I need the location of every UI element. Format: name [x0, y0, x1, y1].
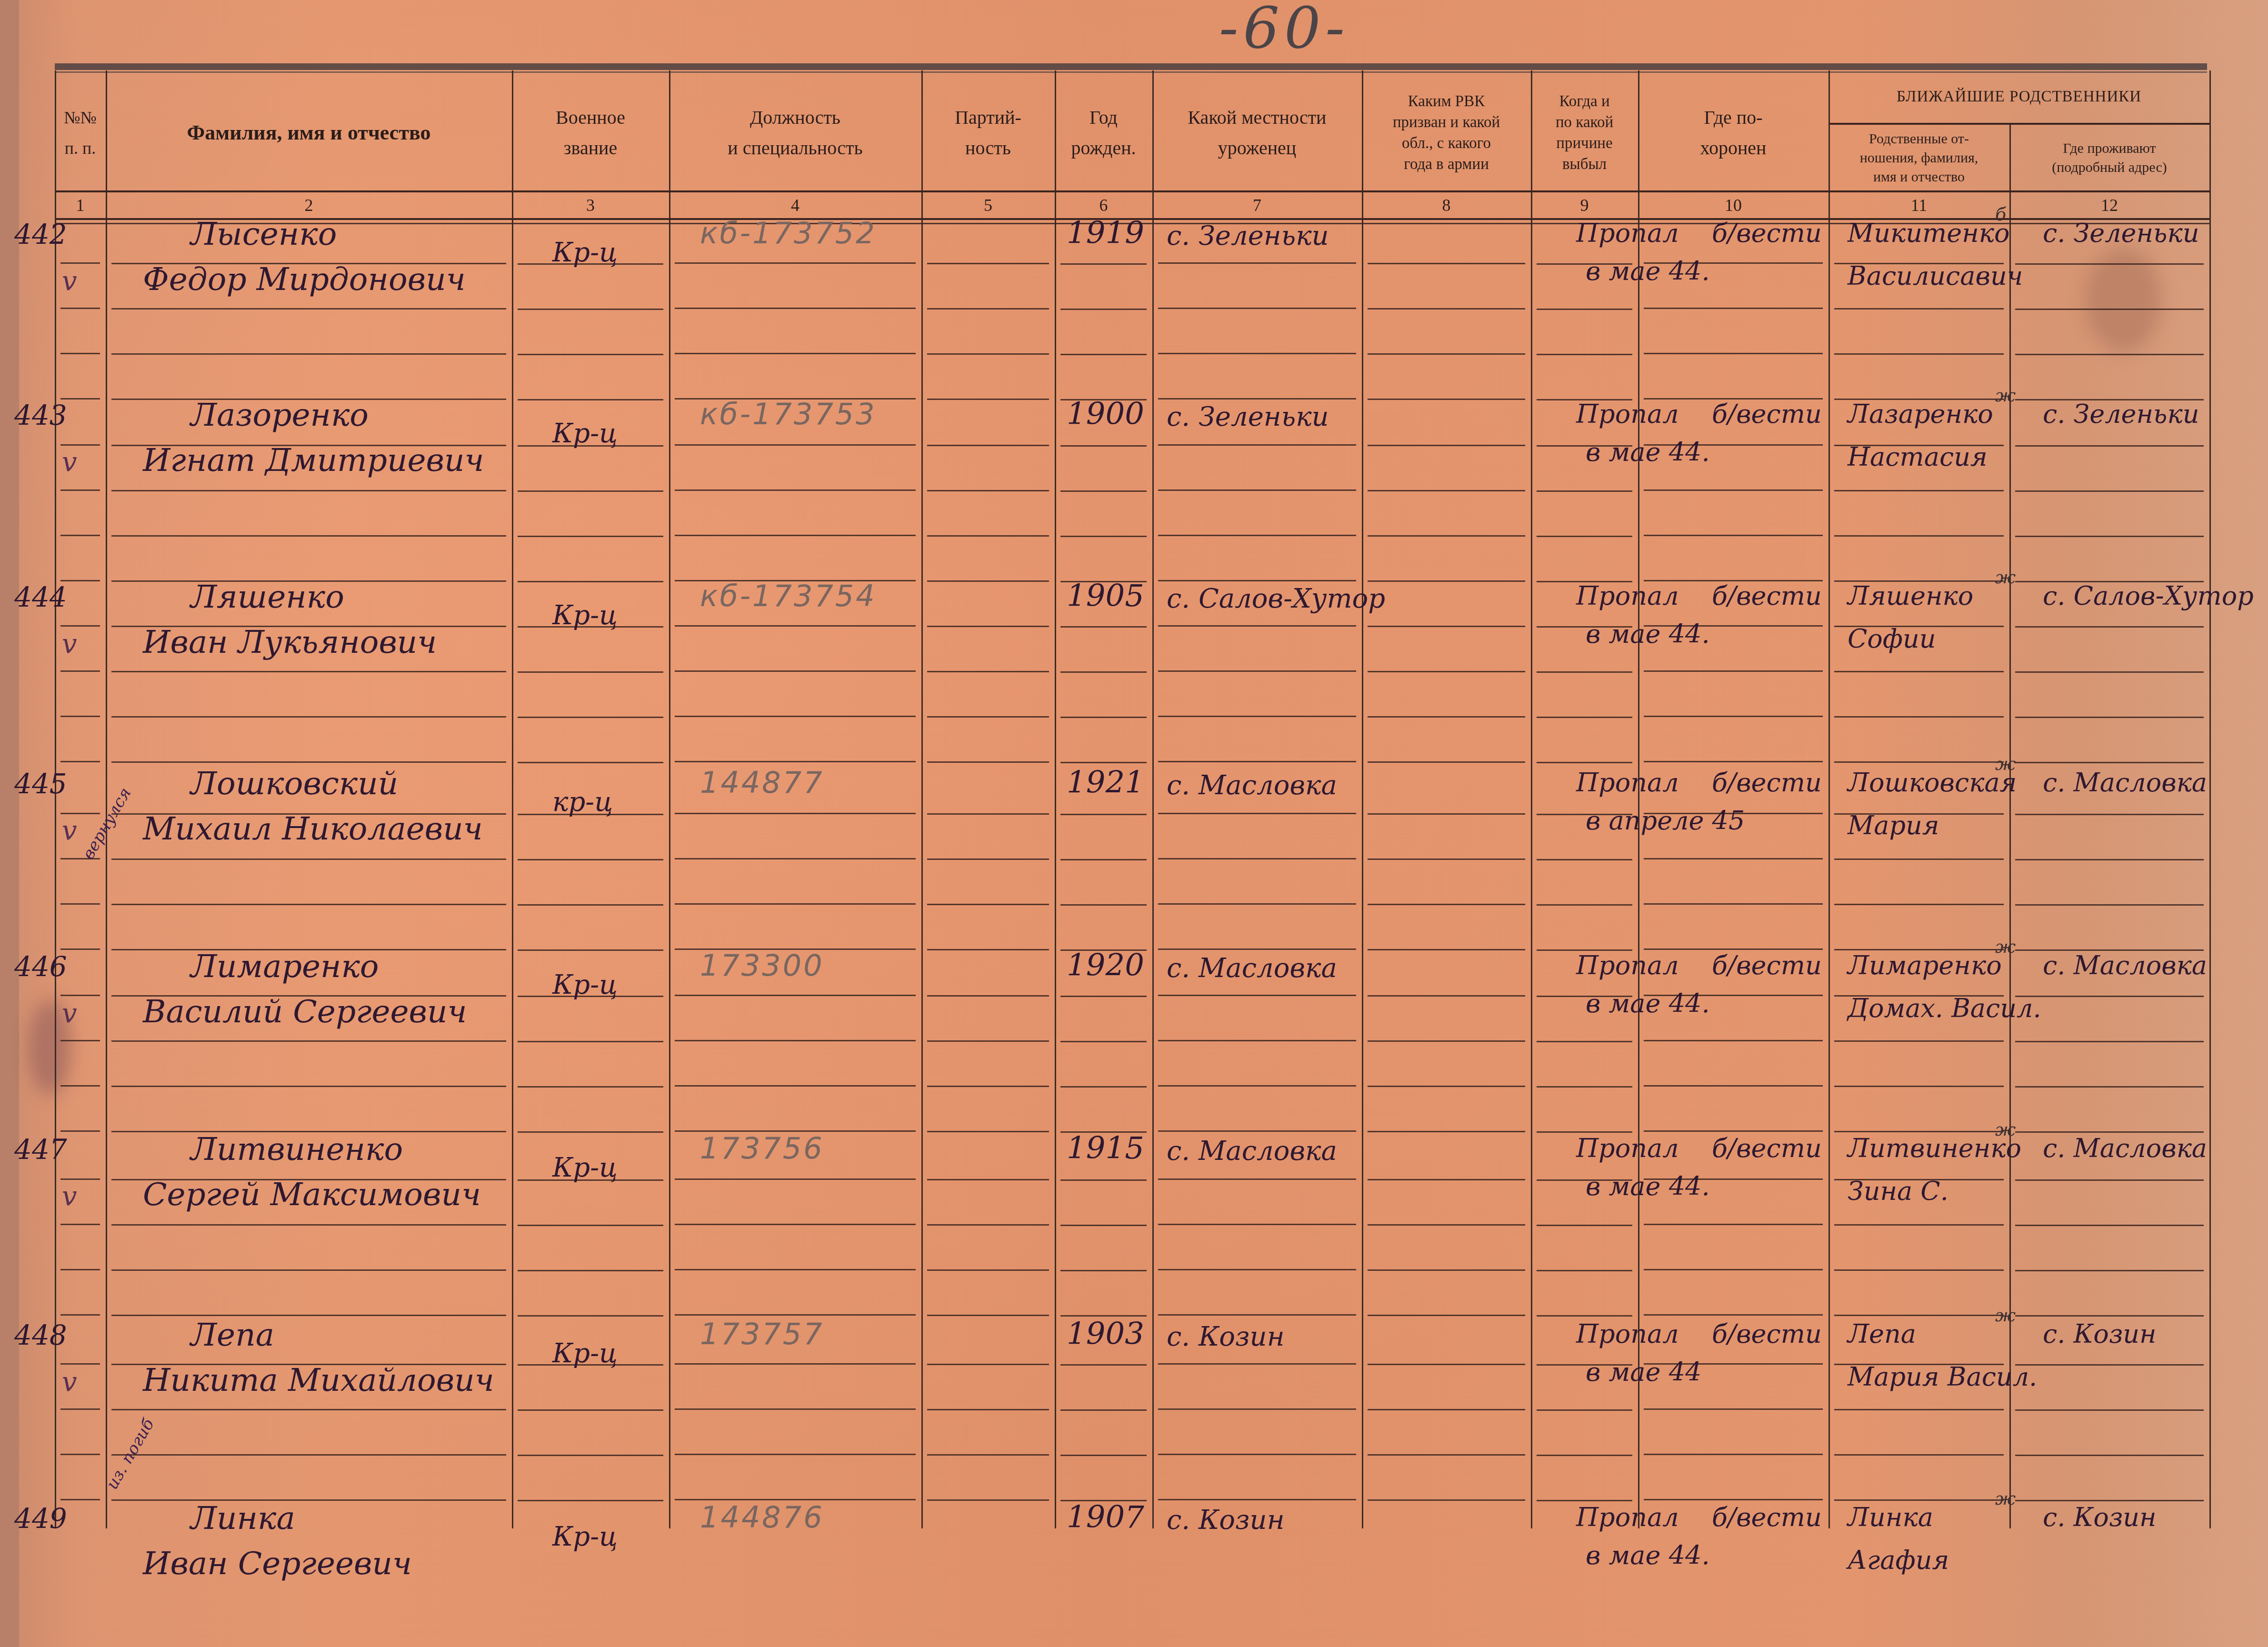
ruled-line [1644, 903, 1823, 905]
burial-place: б/вести [1712, 218, 1822, 248]
ruled-line [60, 1314, 100, 1316]
header-col-4: Должностьи специальность [669, 80, 921, 186]
ruled-line [1644, 1085, 1823, 1087]
ruled-line [1368, 490, 1525, 491]
birth-year: 1920 [1067, 948, 1144, 983]
verified-check-mark: v [62, 1181, 77, 1212]
column-divider [669, 70, 670, 1528]
birth-year: 1900 [1067, 397, 1144, 432]
ruled-line [927, 1086, 1049, 1087]
ruled-line [60, 535, 100, 536]
ruled-line [1060, 1270, 1147, 1271]
relatives-group-title: БЛИЖАЙШИЕ РОДСТВЕННИКИ [1828, 75, 2209, 118]
reason-line-2: в мае 44 [1586, 1357, 1701, 1387]
ruled-line [2015, 1455, 2204, 1456]
top-rule [55, 63, 2207, 70]
ruled-line [1537, 354, 1632, 355]
ruled-line [60, 948, 100, 950]
ruled-line [1537, 1500, 1632, 1501]
relative-surname: Лимаренко [1848, 950, 2002, 980]
ruled-line [1368, 995, 1525, 997]
ruled-line [1060, 263, 1147, 265]
relative-address: с. Зеленьки [2043, 218, 2199, 248]
ruled-line [1834, 1224, 2004, 1226]
reason-line-2: в мае 44. [1586, 256, 1710, 286]
header-label: причине [1556, 133, 1612, 154]
ruled-line [1537, 1315, 1632, 1317]
birthplace: с. Масловка [1167, 1136, 1337, 1167]
relative-name: Настасия [1848, 442, 1988, 472]
ruled-line [2015, 445, 2204, 447]
ruled-line [518, 904, 663, 906]
relative-address: с. Зеленьки [2043, 399, 2199, 429]
specialty: кб-173754 [700, 579, 877, 613]
ruled-line [1644, 858, 1823, 859]
ruled-line [675, 625, 916, 627]
column-number: 8 [1362, 195, 1531, 216]
ruled-line [518, 1409, 663, 1411]
ruled-line [675, 1085, 916, 1087]
ruled-line [1644, 535, 1823, 536]
ruled-line [60, 489, 100, 491]
header-label: Год [1089, 102, 1118, 133]
ruled-line [2015, 1225, 2204, 1226]
record-number: 445 [14, 768, 67, 800]
ruled-line [1158, 761, 1356, 762]
ruled-line [2015, 859, 2204, 860]
ruled-line [1158, 262, 1356, 264]
ruled-line [1158, 625, 1356, 627]
ruled-line [518, 949, 663, 951]
ruled-line [927, 1131, 1049, 1132]
verified-check-mark: v [62, 998, 77, 1029]
ruled-line [1060, 904, 1147, 906]
ruled-line [1158, 1085, 1356, 1087]
reason-line-1: Пропал [1576, 1133, 1679, 1163]
ruled-line [1060, 309, 1147, 310]
ruled-line [60, 262, 100, 264]
ruled-line [2015, 626, 2204, 628]
specialty: кб-173753 [700, 397, 877, 431]
burial-place: б/вести [1712, 1133, 1822, 1163]
ruled-line [1537, 904, 1632, 906]
ruled-line [1368, 263, 1525, 264]
ruled-line [927, 1364, 1049, 1365]
relation-mark: ж [1995, 1488, 2016, 1509]
ruled-line [60, 444, 100, 446]
ruled-line [1368, 1315, 1525, 1316]
header-label: выбыл [1562, 154, 1607, 175]
ruled-line [60, 625, 100, 627]
relative-address: с. Масловка [2043, 950, 2207, 980]
ruled-line [518, 1315, 663, 1317]
birthplace: с. Масловка [1167, 953, 1337, 984]
header-col-2: Фамилия, имя и отчество [106, 80, 512, 186]
header-label: года в армии [1404, 154, 1489, 175]
ruled-line [1537, 1270, 1632, 1271]
ruled-line [518, 1131, 663, 1133]
column-divider [512, 70, 513, 1528]
ruled-line [675, 761, 916, 762]
ruled-line [1368, 626, 1525, 627]
ruled-line [518, 1225, 663, 1226]
ruled-line [1060, 671, 1147, 673]
ruled-line [675, 1269, 916, 1270]
ruled-line [60, 1454, 100, 1455]
ruled-line [1368, 716, 1525, 718]
ruled-line [1060, 536, 1147, 537]
ruled-line [675, 262, 916, 264]
reason-line-1: Пропал [1576, 950, 1679, 980]
ruled-line [518, 1500, 663, 1501]
header-col-7: Какой местностиуроженец [1152, 80, 1362, 186]
header-col-9: Когда ипо какойпричиневыбыл [1531, 80, 1638, 186]
ruled-line [1368, 1499, 1525, 1501]
ruled-line [518, 1086, 663, 1088]
ruled-line [111, 1499, 506, 1501]
surname: Лошковский [190, 765, 398, 802]
ruled-line [1158, 995, 1356, 996]
ruled-line [927, 1040, 1049, 1042]
ruled-line [111, 716, 506, 718]
column-number: 2 [106, 195, 512, 216]
burial-place: б/вести [1712, 768, 1822, 798]
ruled-line [675, 858, 916, 859]
ruled-line [1368, 580, 1525, 582]
column-divider [921, 70, 923, 1528]
ruled-line [1834, 858, 2004, 860]
group-header-rule [1828, 123, 2209, 125]
ruled-line [927, 1224, 1049, 1226]
reason-line-1: Пропал [1576, 1319, 1679, 1349]
ruled-line [675, 308, 916, 309]
ruled-line [111, 671, 506, 672]
ruled-line [60, 1499, 100, 1500]
ruled-line [927, 1315, 1049, 1316]
ruled-line [1368, 535, 1525, 537]
column-divider [1828, 70, 1830, 1528]
header-label: (подробный адрес) [2052, 158, 2167, 177]
ruled-line [1834, 1409, 2004, 1410]
ruled-line [1060, 814, 1147, 815]
ruled-line [675, 716, 916, 717]
ruled-line [1368, 1269, 1525, 1271]
ruled-line [518, 671, 663, 673]
specialty: 173300 [700, 948, 824, 983]
ruled-line [675, 1224, 916, 1225]
relative-address: с. Козин [2043, 1502, 2157, 1532]
ruled-line [1158, 535, 1356, 536]
specialty: 173757 [700, 1317, 824, 1351]
ruled-line [2015, 1500, 2204, 1501]
ruled-line [1644, 1224, 1823, 1225]
birth-year: 1907 [1067, 1500, 1144, 1535]
relation-mark: б [1995, 204, 2006, 225]
ruled-line [927, 716, 1049, 718]
column-number: 1 [55, 195, 106, 216]
verified-check-mark: v [62, 266, 77, 297]
birthplace: с. Масловка [1167, 770, 1337, 801]
ruled-line [675, 489, 916, 491]
verified-check-mark: v [62, 447, 77, 478]
surname: Ляшенко [190, 579, 344, 615]
ruled-line [111, 904, 506, 905]
ruled-line [60, 1224, 100, 1225]
ruled-line [1644, 353, 1823, 354]
ruled-line [1368, 1131, 1525, 1132]
surname: Литвиненко [190, 1131, 403, 1168]
ruled-line [111, 761, 506, 763]
ruled-line [1158, 580, 1356, 581]
ruled-line [1158, 813, 1356, 814]
ruled-line [1060, 1364, 1147, 1366]
ruled-line [1644, 948, 1823, 950]
ruled-line [1158, 1454, 1356, 1455]
ruled-line [1368, 1040, 1525, 1042]
ruled-line [1158, 1269, 1356, 1270]
burial-place: б/вести [1712, 1502, 1822, 1532]
ruled-line [111, 535, 506, 537]
ruled-line [111, 490, 506, 491]
ruled-line [518, 1041, 663, 1042]
ruled-line [111, 1269, 506, 1271]
ruled-line [111, 1040, 506, 1042]
ruled-line [518, 717, 663, 718]
given-name-patronymic: Михаил Николаевич [143, 810, 483, 847]
ruled-line [1537, 536, 1632, 537]
ruled-line [675, 995, 916, 996]
ruled-line [1158, 1363, 1356, 1365]
ruled-line [927, 1499, 1049, 1501]
ruled-line [1158, 1499, 1356, 1500]
ruled-line [2015, 1131, 2204, 1133]
birth-year: 1919 [1067, 216, 1144, 251]
ruled-line [1834, 1499, 2004, 1501]
birthplace: с. Салов-Хутор [1167, 583, 1385, 614]
specialty: 144877 [700, 765, 824, 800]
ruled-line [927, 761, 1049, 763]
ruled-line [1158, 716, 1356, 717]
birth-year: 1915 [1067, 1131, 1144, 1166]
ruled-line [60, 308, 100, 309]
ruled-line [675, 1178, 916, 1180]
reason-line-1: Пропал [1576, 1502, 1679, 1532]
relative-address: с. Салов-Хутор [2043, 581, 2254, 611]
burial-place: б/вести [1712, 399, 1822, 429]
ruled-line [2015, 490, 2204, 492]
ruled-line [518, 354, 663, 355]
ruled-line [111, 1315, 506, 1316]
ruled-line [1834, 353, 2004, 355]
given-name-patronymic: Василий Сергеевич [143, 993, 467, 1030]
column-number: 3 [512, 195, 669, 216]
record-number: 449 [14, 1502, 67, 1535]
ruled-line [1644, 1269, 1823, 1270]
ruled-line [675, 1363, 916, 1365]
ruled-line [518, 762, 663, 763]
header-label: Какой местности [1188, 102, 1326, 133]
ruled-line [1834, 1040, 2004, 1042]
ruled-line [60, 353, 100, 354]
column-divider [1055, 70, 1056, 1528]
column-number: 11 [1828, 195, 2009, 216]
record-number: 443 [14, 399, 67, 431]
ruled-line [60, 1040, 100, 1041]
ruled-line [1644, 670, 1823, 672]
ruled-line [927, 949, 1049, 950]
ruled-line [675, 1040, 916, 1041]
ruled-line [111, 1086, 506, 1087]
ruled-line [1834, 308, 2004, 309]
ruled-line [2015, 1364, 2204, 1366]
ruled-line [1537, 717, 1632, 718]
ruled-line [60, 1269, 100, 1270]
ruled-line [1158, 670, 1356, 672]
column-number: 5 [921, 195, 1055, 216]
birth-year: 1921 [1067, 765, 1144, 800]
reason-line-2: в апреле 45 [1586, 806, 1745, 836]
ruled-line [60, 1178, 100, 1180]
ruled-line [1537, 671, 1632, 673]
relation-mark: ж [1995, 753, 2016, 774]
ruled-line [1537, 1225, 1632, 1226]
ruled-line [111, 1454, 506, 1456]
ruled-line [1368, 1364, 1525, 1365]
ruled-line [1537, 1086, 1632, 1088]
header-label: Где по- [1704, 102, 1763, 133]
reason-line-1: Пропал [1576, 581, 1679, 611]
ruled-line [2015, 354, 2204, 355]
ruled-line [1060, 1455, 1147, 1456]
ruled-line [927, 626, 1049, 627]
relative-surname: Ляшенко [1848, 581, 1973, 611]
military-rank: Кр-ц [552, 1521, 618, 1552]
ruled-line [927, 445, 1049, 446]
ruled-line [1368, 399, 1525, 400]
military-rank: Кр-ц [552, 1338, 618, 1369]
ruled-line [1158, 1314, 1356, 1316]
ruled-line [1644, 1454, 1823, 1455]
record-number: 448 [14, 1319, 67, 1351]
reason-line-2: в мае 44. [1586, 1540, 1710, 1570]
header-label: уроженец [1218, 133, 1296, 163]
ruled-line [1537, 309, 1632, 310]
given-name-patronymic: Игнат Дмитриевич [143, 442, 484, 479]
birth-year: 1905 [1067, 579, 1144, 614]
burial-place: б/вести [1712, 1319, 1822, 1349]
ruled-line [2015, 1270, 2204, 1271]
ruled-line [1537, 1455, 1632, 1456]
relative-name: Софии [1848, 624, 1936, 654]
ruled-line [927, 263, 1049, 264]
header-col-6: Годрожден. [1055, 80, 1152, 186]
military-rank: Кр-ц [552, 1152, 618, 1183]
relative-name: Зина С. [1848, 1176, 1948, 1206]
ruled-line [1368, 1179, 1525, 1180]
ruled-line [2015, 1315, 2204, 1317]
relative-name: Василисавич [1848, 261, 2023, 291]
ruled-line [1158, 353, 1356, 354]
ruled-line [927, 580, 1049, 582]
ruled-line [675, 1408, 916, 1410]
column-number: 9 [1531, 195, 1638, 216]
column-divider [1638, 70, 1639, 1528]
verified-check-mark: v [62, 629, 77, 659]
relative-surname: Лошковская [1848, 768, 2017, 798]
ruled-line [1368, 1409, 1525, 1410]
military-rank: Кр-ц [552, 418, 618, 449]
header-col-10: Где по-хоронен [1638, 80, 1828, 186]
ruled-line [60, 670, 100, 672]
given-name-patronymic: Иван Сергеевич [143, 1545, 412, 1582]
ruled-line [1060, 354, 1147, 355]
ruled-line [2015, 1409, 2204, 1411]
ruled-line [518, 536, 663, 537]
ruled-line [927, 1409, 1049, 1410]
relative-address: с. Масловка [2043, 1133, 2207, 1163]
column-number: 7 [1152, 195, 1362, 216]
ruled-line [1368, 671, 1525, 672]
ruled-line [1060, 1409, 1147, 1411]
header-label: обл., с какого [1402, 133, 1491, 154]
relative-surname: Лепа [1848, 1319, 1916, 1349]
ruled-line [2015, 814, 2204, 815]
ruled-line [60, 813, 100, 814]
ruled-line [675, 1314, 916, 1316]
burial-place: б/вести [1712, 950, 1822, 980]
ruled-line [927, 671, 1049, 672]
surname: Лысенко [190, 216, 337, 252]
ruled-line [1060, 1179, 1147, 1181]
ruled-line [1537, 1131, 1632, 1133]
ruled-line [1368, 904, 1525, 905]
ruled-line [1834, 904, 2004, 905]
ruled-line [111, 1224, 506, 1226]
relation-mark: ж [1995, 385, 2016, 406]
header-label: хоронен [1700, 133, 1766, 163]
ruled-line [927, 858, 1049, 860]
header-label: призван и какой [1393, 112, 1500, 133]
specialty: 144876 [700, 1500, 824, 1535]
header-col-12: Где проживают(подробный адрес) [2009, 130, 2209, 186]
column-divider [106, 70, 107, 1528]
ruled-line [1537, 1409, 1632, 1411]
ruled-line [675, 670, 916, 672]
ruled-line [1644, 761, 1823, 762]
ruled-line [1368, 761, 1525, 763]
top-rule [55, 71, 2207, 73]
reason-line-1: Пропал [1576, 218, 1679, 248]
ruled-line [1834, 1131, 2004, 1132]
relation-mark: ж [1995, 1305, 2016, 1326]
ruled-line [1644, 1499, 1823, 1500]
header-label: Фамилия, имя и отчество [187, 118, 431, 148]
record-number: 447 [14, 1133, 67, 1166]
column-number: 4 [669, 195, 921, 216]
relation-mark: ж [1995, 567, 2016, 588]
military-rank: Кр-ц [552, 237, 618, 268]
relative-name: Агафия [1848, 1545, 1949, 1575]
relative-name: Домах. Васил. [1848, 993, 2041, 1023]
relation-mark: ж [1995, 936, 2016, 957]
column-number: 12 [2009, 195, 2209, 216]
ruled-line [1368, 353, 1525, 355]
header-label: рожден. [1071, 133, 1136, 163]
ruled-line [675, 353, 916, 354]
ruled-line [1834, 761, 2004, 763]
ruled-line [1368, 308, 1525, 309]
ruled-line [927, 308, 1049, 309]
